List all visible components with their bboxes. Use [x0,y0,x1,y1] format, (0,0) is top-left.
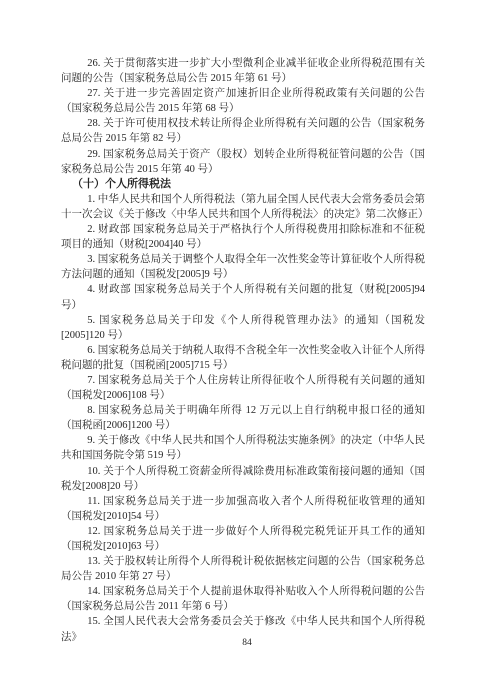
list-item: 11. 国家税务总局关于进一步加强高收入者个人所得税征收管理的通知（国税发[20… [61,494,425,524]
text-block: 26. 关于贯彻落实进一步扩大小型微利企业减半征收企业所得税范围有关问题的公告（… [61,56,425,645]
list-item: 1. 中华人民共和国个人所得税法（第九届全国人民代表大会常务委员会第十一次会议《… [61,192,425,222]
document-page: { "theme": { "paper": "#ffffff", "ink": … [0,0,494,700]
page-number: 84 [0,638,494,648]
list-item: 7. 国家税务总局关于个人住房转让所得征收个人所得税有关问题的通知（国税发[20… [61,373,425,403]
page: 26. 关于贯彻落实进一步扩大小型微利企业减半征收企业所得税范围有关问题的公告（… [0,0,494,700]
list-item: 27. 关于进一步完善固定资产加速折旧企业所得税政策有关问题的公告（国家税务总局… [61,86,425,116]
list-item: 26. 关于贯彻落实进一步扩大小型微利企业减半征收企业所得税范围有关问题的公告（… [61,56,425,86]
list-item: 2. 财政部 国家税务总局关于严格执行个人所得税费用扣除标准和不征税项目的通知（… [61,222,425,252]
list-item: 6. 国家税务总局关于纳税人取得不含税全年一次性奖金收入计征个人所得税问题的批复… [61,343,425,373]
list-item: 9. 关于修改《中华人民共和国个人所得税法实施条例》的决定（中华人民共和国国务院… [61,433,425,463]
list-item: 13. 关于股权转让所得个人所得税计税依据核定问题的公告（国家税务总局公告 20… [61,554,425,584]
list-item: 3. 国家税务总局关于调整个人取得全年一次性奖金等计算征收个人所得税方法问题的通… [61,252,425,282]
list-item: 5. 国家税务总局关于印发《个人所得税管理办法》的通知（国税发[2005]120… [61,313,425,343]
list-item: 10. 关于个人所得税工资薪金所得减除费用标准政策衔接问题的通知（国税发[200… [61,464,425,494]
list-item: 8. 国家税务总局关于明确年所得 12 万元以上自行纳税申报口径的通知（国税函[… [61,403,425,433]
list-item: 29. 国家税务总局关于资产（股权）划转企业所得税征管问题的公告（国家税务总局公… [61,147,425,177]
list-item: 4. 财政部 国家税务总局关于个人所得税有关问题的批复（财税[2005]94 号… [61,282,425,312]
list-item: 28. 关于许可使用权技术转让所得企业所得税有关问题的公告（国家税务总局公告 2… [61,116,425,146]
list-item: 14. 国家税务总局关于个人提前退休取得补贴收入个人所得税问题的公告（国家税务总… [61,584,425,614]
list-item: 12. 国家税务总局关于进一步做好个人所得税完税凭证开具工作的通知（国税发[20… [61,524,425,554]
section-heading: （十）个人所得税法 [61,177,425,192]
